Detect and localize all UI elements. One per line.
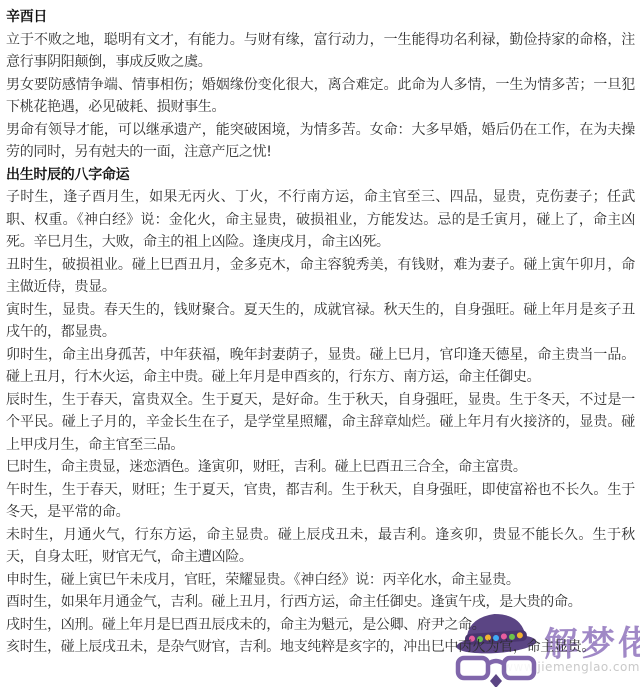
document-body: 辛酉日 立于不败之地，聪明有文才，有能力。与财有缘，富行动力，一生能得功名利禄，… (0, 0, 640, 659)
page-title: 辛酉日 (6, 6, 635, 29)
paragraph-chen-hour: 辰时生，生于春天，富贵双全。生于夏天，是好命。生于秋天，自身强旺，显贵。生于冬天… (6, 389, 635, 457)
paragraph-zi-hour: 子时生，逢子酉月生，如果无丙火、丁火，不行南方运，命主官至三、四品，显贵，克伤妻… (6, 186, 635, 254)
paragraph-shen-hour: 申时生，碰上寅巳午未戌月，官旺，荣耀显贵。《神白经》说：丙辛化水，命主显贵。 (6, 569, 635, 592)
paragraph-si-hour: 巳时生，命主贵显，迷恋酒色。逢寅卯，财旺，吉利。碰上巳酉丑三合全，命主富贵。 (6, 456, 635, 479)
paragraph-wei-hour: 未时生，月通火气，行东方运，命主显贵。碰上辰戌丑未，最吉利。逢亥卯，贵显不能长久… (6, 524, 635, 569)
intro-paragraph-1: 立于不败之地，聪明有文才，有能力。与财有缘，富行动力，一生能得功名利禄，勤俭持家… (6, 29, 635, 74)
paragraph-hai-hour: 亥时生，碰上辰戌丑未，是杂气财官，吉利。地支纯粹是亥字的，冲出巳中丙火为官，命主… (6, 636, 635, 659)
page: 辛酉日 立于不败之地，聪明有文才，有能力。与财有缘，富行动力，一生能得功名利禄，… (0, 0, 640, 687)
paragraph-wu-hour: 午时生，生于春天，财旺；生于夏天，官贵，都吉利。生于秋天，自身强旺，即使富裕也不… (6, 479, 635, 524)
intro-paragraph-2: 男女要防感情争端、情事相伤；婚姻缘份变化很大，离合难定。此命为人多情，一生为情多… (6, 74, 635, 119)
paragraph-chou-hour: 丑时生，破损祖业。碰上巳酉丑月，金多克木，命主容貌秀美，有钱财，难为妻子。碰上寅… (6, 254, 635, 299)
paragraph-you-hour: 酉时生，如果年月通金气，吉利。碰上丑月，行西方运，命主任御史。逢寅午戌，是大贵的… (6, 591, 635, 614)
paragraph-xu-hour: 戌时生，凶刑。碰上年月是巳酉丑辰戌未的，命主为魁元，是公卿、府尹之命。 (6, 614, 635, 637)
paragraph-mao-hour: 卯时生，命主出身孤苦，中年获福，晚年封妻荫子，显贵。碰上巳月，官印逢天德星，命主… (6, 344, 635, 389)
intro-paragraph-3: 男命有领导才能，可以继承遗产，能突破困境，为情多苦。女命：大多早婚，婚后仍在工作… (6, 119, 635, 164)
section-heading: 出生时辰的八字命运 (6, 164, 635, 187)
paragraph-yin-hour: 寅时生，显贵。春天生的，钱财聚合。夏天生的，成就官禄。秋天生的，自身强旺。碰上年… (6, 299, 635, 344)
